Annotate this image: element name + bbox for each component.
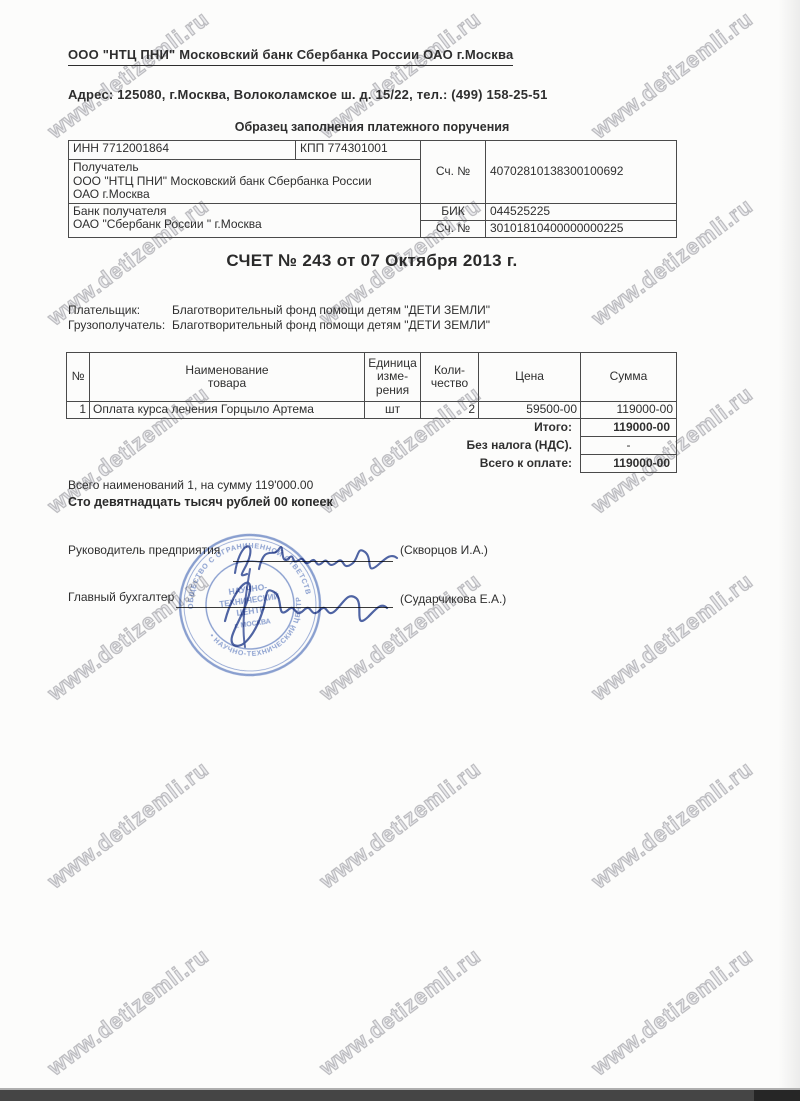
accountant-signature-line (176, 607, 393, 608)
payment-order-sample-title: Образец заполнения платежного поручения (68, 120, 676, 134)
director-name: (Скворцов И.А.) (400, 543, 488, 557)
bank-details-table: ИНН 7712001864 КПП 774301001 Сч. № 40702… (68, 140, 677, 238)
col-num-header: № (67, 353, 90, 402)
col-name-header: Наименование товара (90, 353, 365, 402)
recipient-cell: Получатель ООО "НТЦ ПНИ" Московский банк… (69, 160, 421, 204)
payer-block: Плательщик: Благотворительный фонд помощ… (68, 303, 490, 332)
account-label-cell: Сч. № (421, 141, 486, 204)
total-value: 119000-00 (581, 419, 677, 437)
item-unit: шт (365, 402, 421, 419)
item-sum: 119000-00 (581, 402, 677, 419)
item-num: 1 (67, 402, 90, 419)
accountant-label: Главный бухгалтер (68, 590, 174, 604)
recipient-bank-cell: Банк получателя ОАО "Сбербанк России " г… (69, 203, 421, 237)
payer-value: Благотворительный фонд помощи детям "ДЕТ… (172, 303, 490, 318)
scanned-invoice-page: www.detizemli.ruwww.detizemli.ruwww.deti… (0, 0, 800, 1101)
company-header-line: ООО "НТЦ ПНИ" Московский банк Сбербанка … (68, 47, 513, 66)
col-sum-header: Сумма (581, 353, 677, 402)
corr-account-label-cell: Сч. № (421, 220, 486, 237)
total-row-no-vat: Без налога (НДС). - (67, 437, 677, 455)
document-content: ООО "НТЦ ПНИ" Московский банк Сбербанка … (0, 0, 800, 1101)
items-header-row: № Наименование товара Единица изме- рени… (67, 353, 677, 402)
consignee-row: Грузополучатель: Благотворительный фонд … (68, 318, 490, 333)
kpp-cell: КПП 774301001 (296, 141, 421, 160)
col-qty-header: Коли- чество (421, 353, 479, 402)
corr-account-value-cell: 30101810400000000225 (486, 220, 677, 237)
director-label: Руководитель предприятия (68, 543, 220, 557)
company-address-line: Адрес: 125080, г.Москва, Волоколамское ш… (68, 87, 548, 102)
items-table: № Наименование товара Единица изме- рени… (66, 352, 677, 473)
director-signature-line (233, 561, 393, 562)
inn-cell: ИНН 7712001864 (69, 141, 296, 160)
items-summary-line: Всего наименований 1, на сумму 119'000.0… (68, 478, 313, 492)
total-value: - (581, 437, 677, 455)
item-price: 59500-00 (479, 402, 581, 419)
item-name: Оплата курса лечения Горцыло Артема (90, 402, 365, 419)
item-row: 1 Оплата курса лечения Горцыло Артема шт… (67, 402, 677, 419)
total-label: Итого: (67, 419, 581, 437)
payer-label: Плательщик: (68, 303, 172, 318)
payer-row: Плательщик: Благотворительный фонд помощ… (68, 303, 490, 318)
total-value: 119000-00 (581, 455, 677, 473)
consignee-value: Благотворительный фонд помощи детям "ДЕТ… (172, 318, 490, 333)
total-label: Всего к оплате: (67, 455, 581, 473)
bik-value-cell: 044525225 (486, 203, 677, 220)
invoice-title: СЧЕТ № 243 от 07 Октября 2013 г. (68, 251, 676, 271)
account-value-cell: 40702810138300100692 (486, 141, 677, 204)
col-price-header: Цена (479, 353, 581, 402)
scan-bottom-edge (0, 1088, 800, 1101)
total-row-payable: Всего к оплате: 119000-00 (67, 455, 677, 473)
item-qty: 2 (421, 402, 479, 419)
total-row-itogo: Итого: 119000-00 (67, 419, 677, 437)
col-unit-header: Единица изме- рения (365, 353, 421, 402)
accountant-name: (Сударчикова Е.А.) (400, 592, 506, 606)
total-label: Без налога (НДС). (67, 437, 581, 455)
bik-label-cell: БИК (421, 203, 486, 220)
consignee-label: Грузополучатель: (68, 318, 172, 333)
amount-in-words: Сто девятнадцать тысяч рублей 00 копеек (68, 495, 333, 509)
